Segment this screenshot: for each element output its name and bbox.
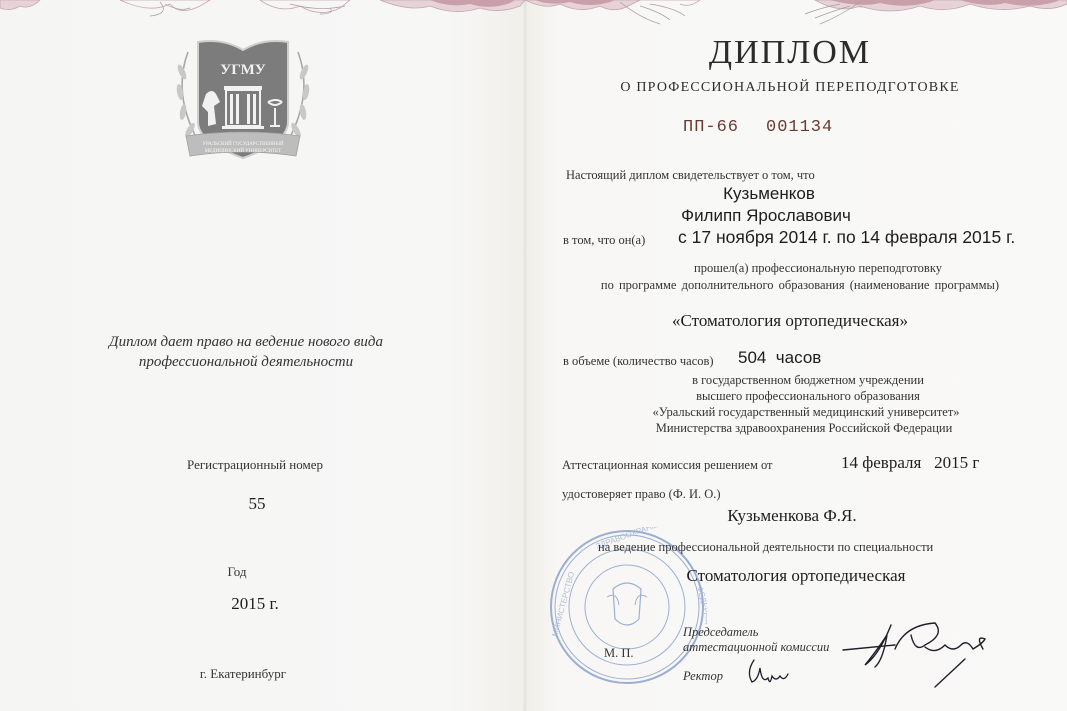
hours-label: в объеме (количество часов) bbox=[563, 354, 714, 369]
rights-note: Диплом дает право на ведение нового вида… bbox=[109, 332, 383, 372]
study-period: с 17 ноября 2014 г. по 14 февраля 2015 г… bbox=[678, 227, 1015, 248]
diploma-number: 001134 bbox=[766, 118, 833, 137]
specialty: Стоматология ортопедическая bbox=[687, 566, 906, 586]
diploma-title: ДИПЛОМ bbox=[709, 34, 871, 72]
holder-surname: Кузьменков bbox=[723, 184, 815, 204]
rector-label: Ректор bbox=[683, 669, 723, 684]
institution-line4: Министерства здравоохранения Российской … bbox=[656, 421, 953, 436]
rights-note-line1: Диплом дает право на ведение нового вида bbox=[109, 332, 383, 352]
hours-value: 504 часов bbox=[738, 348, 821, 368]
activity-label: на ведение профессиональной деятельности… bbox=[598, 540, 933, 555]
holder-given-names: Филипп Ярославович bbox=[681, 206, 851, 226]
institution-line1: в государственном бюджетном учреждении bbox=[692, 373, 924, 388]
completed-line2: по программе дополнительного образования… bbox=[601, 278, 999, 293]
seal-label: М. П. bbox=[604, 646, 634, 661]
university-logo: УГМУ УРАЛЬСКИЙ ГОСУДАРСТВЕННЫЙ МЕДИЦИНСК… bbox=[168, 32, 318, 172]
diploma-subtitle: О ПРОФЕССИОНАЛЬНОЙ ПЕРЕПОДГОТОВКЕ bbox=[620, 80, 959, 96]
certifies-label: Настоящий диплом свидетельствует о том, … bbox=[566, 168, 815, 183]
certifies-right-label: удостоверяет право (Ф. И. О.) bbox=[562, 487, 721, 502]
floral-ornament-border bbox=[0, 0, 1067, 30]
program-name: «Стоматология ортопедическая» bbox=[672, 311, 908, 331]
year-label: Год bbox=[227, 564, 246, 580]
city: г. Екатеринбург bbox=[200, 666, 286, 682]
svg-text:МЕДИЦИНСКИЙ УНИВЕРСИТЕТ: МЕДИЦИНСКИЙ УНИВЕРСИТЕТ bbox=[205, 148, 282, 154]
svg-text:УГМУ: УГМУ bbox=[220, 62, 266, 78]
period-label: в том, что он(а) bbox=[563, 233, 645, 248]
year-value: 2015 г. bbox=[231, 594, 279, 614]
commission-chair-signature bbox=[835, 605, 1015, 695]
commission-date: 14 февраля 2015 г bbox=[841, 453, 979, 473]
rector-signature bbox=[742, 652, 798, 692]
completed-line1: прошел(а) профессиональную переподготовк… bbox=[694, 261, 942, 276]
commission-label: Аттестационная комиссия решением от bbox=[562, 458, 773, 473]
registration-label: Регистрационный номер bbox=[187, 457, 323, 473]
chair-label-line1: Председатель bbox=[683, 625, 829, 640]
institution-line3: «Уральский государственный медицинский у… bbox=[652, 405, 959, 420]
diploma-series: ПП-66 bbox=[683, 118, 739, 137]
registration-number: 55 bbox=[249, 494, 266, 514]
holder-short-name: Кузьменкова Ф.Я. bbox=[727, 506, 856, 526]
chair-label: Председатель аттестационной комиссии bbox=[683, 625, 829, 655]
svg-text:УРАЛЬСКИЙ ГОСУДАРСТВЕННЫЙ: УРАЛЬСКИЙ ГОСУДАРСТВЕННЫЙ bbox=[202, 141, 284, 147]
page-fold bbox=[523, 0, 527, 711]
institution-line2: высшего профессионального образования bbox=[696, 389, 920, 404]
rights-note-line2: профессиональной деятельности bbox=[109, 352, 383, 372]
